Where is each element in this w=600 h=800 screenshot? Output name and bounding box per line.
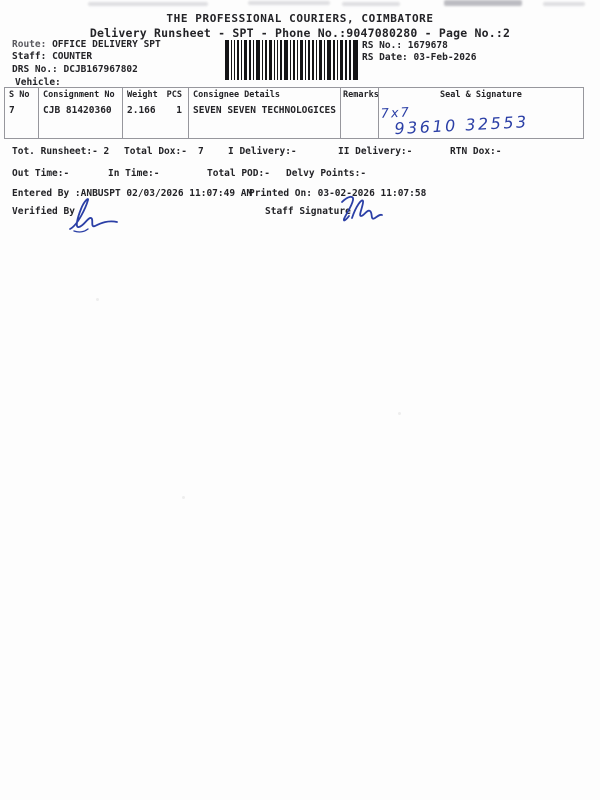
col-header-consignment: Consignment No bbox=[38, 88, 122, 102]
route-label: Route: bbox=[12, 39, 46, 50]
drs-no-field: DRS No.: DCJB167967802 bbox=[12, 64, 138, 75]
scan-artifact bbox=[543, 2, 585, 6]
out-time-field: Out Time:- bbox=[12, 168, 69, 179]
scan-artifact bbox=[88, 2, 208, 6]
drs-no-label: DRS No.: bbox=[12, 64, 58, 75]
rs-date-value: 03-Feb-2026 bbox=[414, 52, 477, 63]
scan-artifact bbox=[248, 1, 330, 5]
scan-artifact bbox=[342, 2, 400, 6]
col-header-seal-signature: Seal & Signature bbox=[378, 88, 584, 102]
table-row-seal-signature bbox=[378, 102, 584, 138]
table-row-pcs: 1 bbox=[176, 105, 182, 138]
rtn-dox-field: RTN Dox:- bbox=[450, 146, 501, 157]
table-row-sno: 7 bbox=[4, 102, 38, 138]
total-pod-field: Total POD:- bbox=[207, 168, 270, 179]
rs-date-label: RS Date: bbox=[362, 52, 408, 63]
rs-no-field: RS No.: 1679678 bbox=[362, 40, 448, 51]
verified-by-signature-icon bbox=[64, 195, 122, 239]
table-row-remarks bbox=[340, 102, 378, 138]
table-row-consignment-no: CJB 81420360 bbox=[38, 102, 122, 138]
barcode-image bbox=[225, 40, 358, 80]
ii-delivery-field: II Delivery:- bbox=[338, 146, 412, 157]
col-header-pcs: PCS bbox=[167, 90, 182, 102]
barcode-icon bbox=[225, 40, 358, 80]
col-header-weight: Weight bbox=[127, 90, 158, 102]
table-row-weight-pcs: 2.166 1 bbox=[122, 102, 188, 138]
i-delivery-field: I Delivery:- bbox=[228, 146, 297, 157]
rs-date-field: RS Date: 03-Feb-2026 bbox=[362, 52, 476, 63]
total-dox-value: 7 bbox=[198, 146, 204, 157]
scan-speck bbox=[96, 298, 99, 301]
table-row-weight: 2.166 bbox=[127, 105, 156, 138]
rs-no-label: RS No.: bbox=[362, 40, 402, 51]
staff-signature-icon bbox=[336, 192, 386, 234]
route-field: Route: OFFICE DELIVERY SPT bbox=[12, 39, 161, 50]
tot-runsheet-field: Tot. Runsheet:- 2 bbox=[12, 146, 109, 157]
total-dox-label: Total Dox:- bbox=[124, 146, 187, 157]
drs-no-value: DCJB167967802 bbox=[64, 64, 138, 75]
staff-label: Staff: bbox=[12, 51, 46, 62]
in-time-field: In Time:- bbox=[108, 168, 159, 179]
delvy-points-field: Delvy Points:- bbox=[286, 168, 366, 179]
col-header-weight-pcs: Weight PCS bbox=[122, 88, 188, 102]
route-value: OFFICE DELIVERY SPT bbox=[52, 39, 161, 50]
staff-field: Staff: COUNTER bbox=[12, 51, 92, 62]
table-row-consignee: SEVEN SEVEN TECHNOLOGICES bbox=[188, 102, 340, 138]
scan-artifact bbox=[444, 0, 522, 6]
staff-value: COUNTER bbox=[52, 51, 92, 62]
scanned-delivery-runsheet: THE PROFESSIONAL COURIERS, COIMBATORE De… bbox=[0, 0, 600, 800]
col-header-consignee: Consignee Details bbox=[188, 88, 340, 102]
col-header-remarks: Remarks bbox=[340, 88, 378, 102]
consignment-table: S No Consignment No Weight PCS Consignee… bbox=[4, 87, 584, 139]
rs-no-value: 1679678 bbox=[408, 40, 448, 51]
entered-by-field: Entered By :ANBUSPT 02/03/2026 11:07:49 … bbox=[12, 188, 252, 199]
col-header-sno: S No bbox=[4, 88, 38, 102]
page-subtitle: Delivery Runsheet - SPT - Phone No.:9047… bbox=[0, 26, 600, 40]
page-title: THE PROFESSIONAL COURIERS, COIMBATORE bbox=[0, 12, 600, 25]
scan-speck bbox=[182, 496, 185, 499]
scan-speck bbox=[398, 412, 401, 415]
